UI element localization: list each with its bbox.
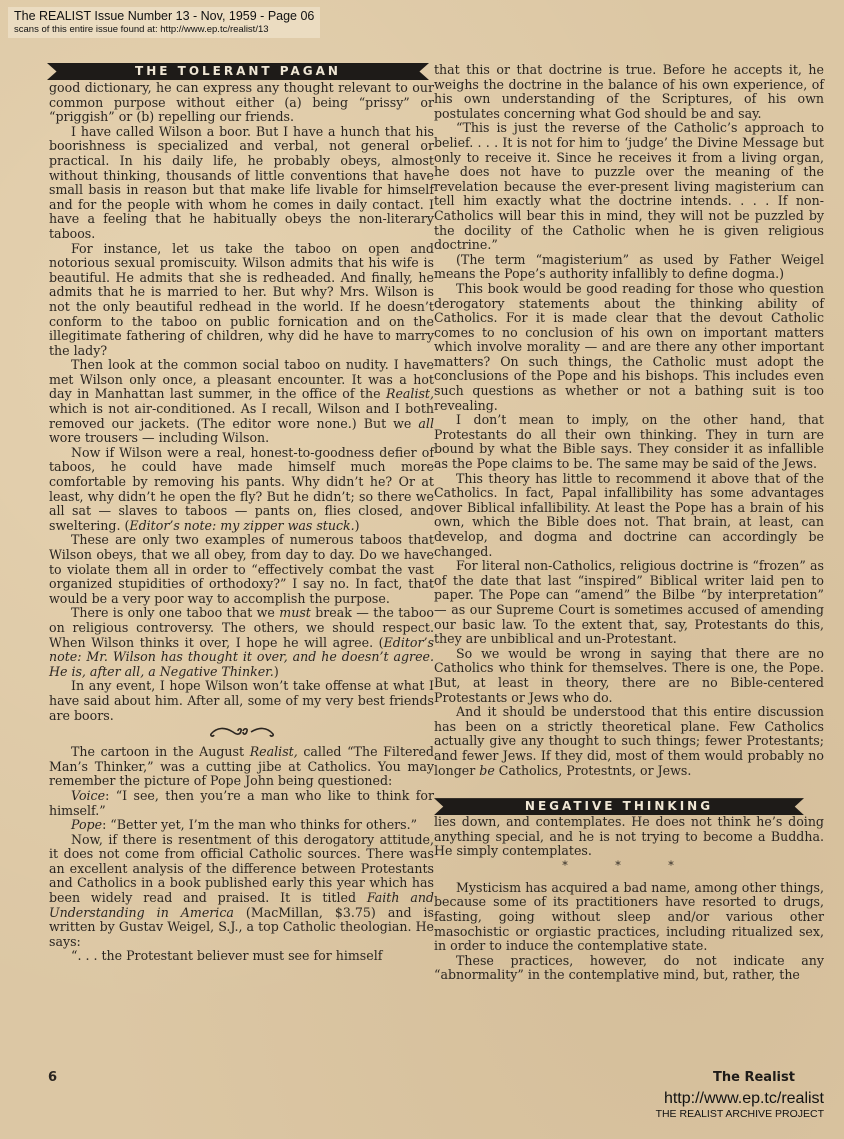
paragraph: This book would be good reading for thos… bbox=[434, 282, 824, 413]
paragraph: In any event, I hope Wilson won’t take o… bbox=[49, 679, 434, 723]
paragraph: “This is just the reverse of the Catholi… bbox=[434, 121, 824, 252]
paragraph: I have called Wilson a boor. But I have … bbox=[49, 125, 434, 242]
left-body-continued: The cartoon in the August Realist, calle… bbox=[49, 745, 434, 964]
paragraph: Then look at the common social taboo on … bbox=[49, 358, 434, 446]
section-separator: * * * bbox=[434, 859, 824, 873]
right-body: that this or that doctrine is true. Befo… bbox=[434, 63, 824, 778]
paragraph: For instance, let us take the taboo on o… bbox=[49, 242, 434, 359]
right-column: that this or that doctrine is true. Befo… bbox=[434, 63, 824, 983]
page-number: 6 bbox=[48, 1070, 57, 1085]
paragraph: For literal non-Catholics, religious doc… bbox=[434, 559, 824, 647]
paragraph: Voice: “I see, then you’re a man who lik… bbox=[49, 789, 434, 818]
paragraph: The cartoon in the August Realist, calle… bbox=[49, 745, 434, 789]
left-column: good dictionary, he can express any thou… bbox=[49, 64, 434, 964]
scan-title: The REALIST Issue Number 13 - Nov, 1959 … bbox=[14, 9, 314, 24]
archive-url-link[interactable]: http://www.ep.tc/realist bbox=[656, 1090, 824, 1108]
paragraph: Pope: “Better yet, I’m the man who think… bbox=[49, 818, 434, 833]
scan-header: The REALIST Issue Number 13 - Nov, 1959 … bbox=[8, 7, 320, 38]
paragraph: that this or that doctrine is true. Befo… bbox=[434, 63, 824, 121]
paragraph: Now if Wilson were a real, honest-to-goo… bbox=[49, 446, 434, 534]
archive-project-name: THE REALIST ARCHIVE PROJECT bbox=[656, 1108, 824, 1120]
left-body: good dictionary, he can express any thou… bbox=[49, 81, 434, 723]
paragraph: good dictionary, he can express any thou… bbox=[49, 81, 434, 125]
paragraph: Mysticism has acquired a bad name, among… bbox=[434, 881, 824, 954]
paragraph: I don’t mean to imply, on the other hand… bbox=[434, 413, 824, 471]
paragraph: And it should be understood that this en… bbox=[434, 705, 824, 778]
paragraph: These are only two examples of numerous … bbox=[49, 533, 434, 606]
section-banner-negative-thinking: NEGATIVE THINKING bbox=[434, 798, 804, 815]
archive-credit: http://www.ep.tc/realist THE REALIST ARC… bbox=[656, 1090, 824, 1120]
paragraph: Now, if there is resentment of this dero… bbox=[49, 833, 434, 950]
paragraph: This theory has little to recommend it a… bbox=[434, 472, 824, 560]
paragraph: lies down, and contemplates. He does not… bbox=[434, 815, 824, 859]
paragraph: (The term “magisterium” as used by Fathe… bbox=[434, 253, 824, 282]
ornament-divider bbox=[49, 725, 434, 741]
paragraph: So we would be wrong in saying that ther… bbox=[434, 647, 824, 705]
scroll-ornament-icon bbox=[207, 725, 277, 739]
paragraph: “. . . the Protestant believer must see … bbox=[49, 949, 434, 964]
paragraph: There is only one taboo that we must bre… bbox=[49, 606, 434, 679]
right-body-after-separator: Mysticism has acquired a bad name, among… bbox=[434, 881, 824, 983]
paragraph: These practices, however, do not indicat… bbox=[434, 954, 824, 983]
realist-logo: The Realist bbox=[713, 1070, 795, 1085]
scan-source-note: scans of this entire issue found at: htt… bbox=[14, 24, 314, 35]
right-body-after-banner: lies down, and contemplates. He does not… bbox=[434, 815, 824, 859]
